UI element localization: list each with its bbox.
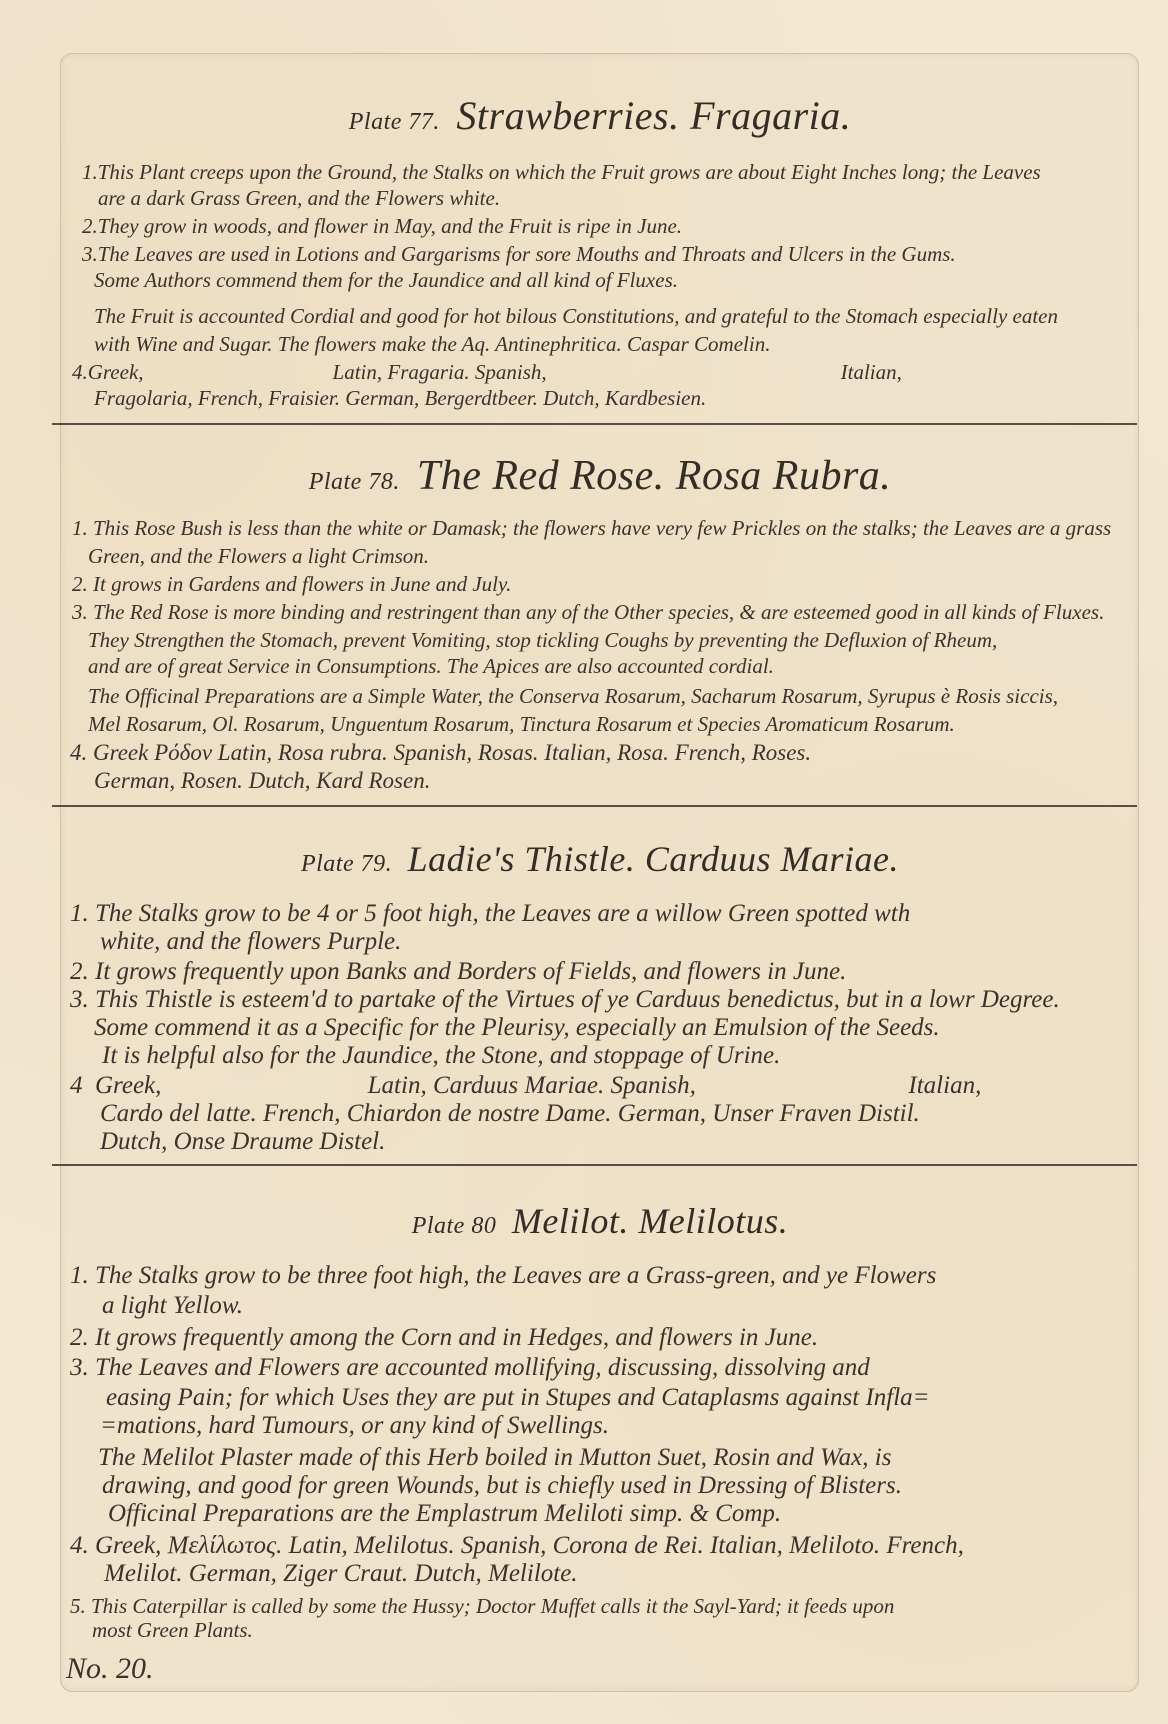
entry-line: Officinal Preparations are the Emplastru… bbox=[108, 1500, 781, 1528]
plate-80-heading: Plate 80 Melilot. Melilotus. bbox=[70, 1200, 1130, 1242]
entry-line: 3. The Leaves and Flowers are accounted … bbox=[70, 1354, 870, 1382]
entry-line: 5. This Caterpillar is called by some th… bbox=[70, 1594, 894, 1619]
entry-line: easing Pain; for which Uses they are put… bbox=[106, 1384, 930, 1412]
entry-line: 4. Greek Ρόδον Latin, Rosa rubra. Spanis… bbox=[70, 740, 811, 766]
entry-line: Fragolaria, French, Fraisier. German, Be… bbox=[94, 386, 706, 411]
entry-line: 4. Greek, Μελίλωτος. Latin, Melilotus. S… bbox=[70, 1532, 964, 1560]
entry-line: It is helpful also for the Jaundice, the… bbox=[102, 1042, 780, 1070]
entry-line: Dutch, Onse Draume Distel. bbox=[100, 1128, 385, 1156]
plate-number: Plate 78. bbox=[309, 469, 400, 495]
entry-line: white, and the flowers Purple. bbox=[100, 928, 401, 956]
entry-line: The Melilot Plaster made of this Herb bo… bbox=[98, 1444, 891, 1472]
entry-line: 2.They grow in woods, and flower in May,… bbox=[82, 214, 682, 239]
entry-line: most Green Plants. bbox=[92, 1618, 253, 1643]
entry-line: Some commend it as a Specific for the Pl… bbox=[94, 1014, 940, 1042]
entry-line: Cardo del latte. French, Chiardon de nos… bbox=[100, 1100, 920, 1128]
entry-line: 4 Greek, Latin, Carduus Mariae. Spanish,… bbox=[70, 1072, 981, 1100]
entry-line: with Wine and Sugar. The flowers make th… bbox=[94, 332, 770, 357]
entry-line: 2. It grows frequently upon Banks and Bo… bbox=[70, 958, 846, 986]
entry-line: Green, and the Flowers a light Crimson. bbox=[88, 544, 429, 569]
entry-line: and are of great Service in Consumptions… bbox=[88, 654, 774, 679]
entry-line: The Fruit is accounted Cordial and good … bbox=[94, 304, 1058, 329]
plate-number: Plate 79. bbox=[301, 851, 392, 877]
entry-line: 1.This Plant creeps upon the Ground, the… bbox=[82, 160, 1041, 185]
entry-line: Mel Rosarum, Ol. Rosarum, Unguentum Rosa… bbox=[88, 712, 955, 737]
section-divider bbox=[52, 423, 1137, 425]
plate-number: Plate 80 bbox=[412, 1213, 497, 1239]
entry-line: 3.The Leaves are used in Lotions and Gar… bbox=[82, 242, 956, 267]
entry-line: The Officinal Preparations are a Simple … bbox=[88, 684, 1058, 709]
plate-number: Plate 77. bbox=[349, 109, 440, 135]
plate-79-heading: Plate 79. Ladie's Thistle. Carduus Maria… bbox=[70, 838, 1130, 880]
entry-line: Melilot. German, Ziger Craut. Dutch, Mel… bbox=[104, 1560, 578, 1588]
entry-line: 2. It grows in Gardens and flowers in Ju… bbox=[72, 572, 511, 597]
plate-title: The Red Rose. Rosa Rubra. bbox=[417, 453, 891, 499]
plate-title: Strawberries. Fragaria. bbox=[456, 93, 851, 138]
section-divider bbox=[52, 805, 1137, 807]
plate-79-section: Plate 79. Ladie's Thistle. Carduus Maria… bbox=[70, 838, 1130, 1158]
entry-line: drawing, and good for green Wounds, but … bbox=[102, 1472, 902, 1500]
entry-line: They Strengthen the Stomach, prevent Vom… bbox=[88, 628, 997, 653]
plate-78-heading: Plate 78. The Red Rose. Rosa Rubra. bbox=[70, 452, 1130, 500]
entry-line: 1. The Stalks grow to be three foot high… bbox=[70, 1262, 936, 1290]
plate-title: Ladie's Thistle. Carduus Mariae. bbox=[408, 839, 899, 879]
entry-line: =mations, hard Tumours, or any kind of S… bbox=[100, 1412, 609, 1440]
entry-line: German, Rosen. Dutch, Kard Rosen. bbox=[94, 768, 430, 794]
entry-line: a light Yellow. bbox=[102, 1292, 243, 1320]
plate-title: Melilot. Melilotus. bbox=[512, 1201, 788, 1241]
page-number: No. 20. bbox=[66, 1652, 154, 1686]
entry-line: 3. The Red Rose is more binding and rest… bbox=[72, 600, 1104, 625]
entry-line: 1. This Rose Bush is less than the white… bbox=[72, 516, 1111, 541]
plate-77-heading: Plate 77. Strawberries. Fragaria. bbox=[70, 92, 1130, 139]
plate-77-section: Plate 77. Strawberries. Fragaria. 1.This… bbox=[70, 92, 1130, 412]
entry-line: Some Authors commend them for the Jaundi… bbox=[94, 268, 678, 293]
plate-80-section: Plate 80 Melilot. Melilotus. 1. The Stal… bbox=[70, 1200, 1130, 1650]
plate-78-section: Plate 78. The Red Rose. Rosa Rubra. 1. T… bbox=[70, 452, 1130, 797]
entry-line: 3. This Thistle is esteem'd to partake o… bbox=[70, 986, 1060, 1014]
entry-line: are a dark Grass Green, and the Flowers … bbox=[98, 186, 500, 211]
entry-line: 2. It grows frequently among the Corn an… bbox=[70, 1324, 818, 1352]
entry-line: 4.Greek, Latin, Fragaria. Spanish, Itali… bbox=[72, 360, 902, 385]
section-divider bbox=[52, 1164, 1137, 1166]
entry-line: 1. The Stalks grow to be 4 or 5 foot hig… bbox=[70, 900, 910, 928]
